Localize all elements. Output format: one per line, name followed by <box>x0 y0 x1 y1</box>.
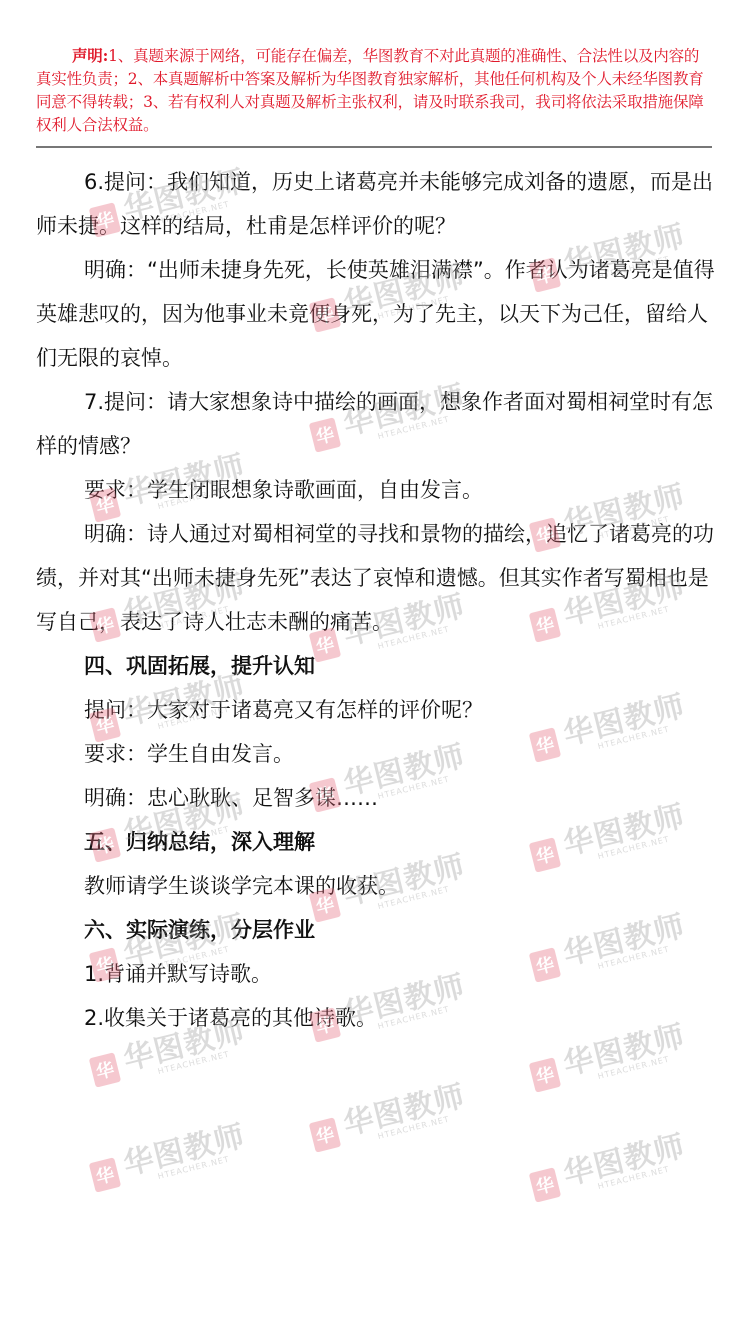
answer-4: 明确：忠心耿耿、足智多谋…… <box>36 776 716 820</box>
section-heading-5: 五、归纳总结，深入理解 <box>36 820 716 864</box>
watermark: 华华图教师HTEACHER.NET <box>88 1121 250 1196</box>
answer-7: 明确：诗人通过对蜀相祠堂的寻找和景物的描绘，追忆了诸葛亮的功绩，并对其“出师未捷… <box>36 512 716 644</box>
watermark-logo-icon: 华 <box>529 1167 561 1202</box>
question-4: 提问：大家对于诸葛亮又有怎样的评价呢？ <box>36 688 716 732</box>
question-6: 6.提问：我们知道，历史上诸葛亮并未能够完成刘备的遗愿，而是出师未捷。这样的结局… <box>36 160 716 248</box>
disclaimer-lead: 声明: <box>72 46 108 65</box>
section-heading-4: 四、巩固拓展，提升认知 <box>36 644 716 688</box>
summary-5: 教师请学生谈谈学完本课的收获。 <box>36 864 716 908</box>
homework-1: 1.背诵并默写诗歌。 <box>36 952 716 996</box>
question-7: 7.提问：请大家想象诗中描绘的画面，想象作者面对蜀相祠堂时有怎样的情感？ <box>36 380 716 468</box>
answer-6: 明确：“出师未捷身先死，长使英雄泪满襟”。作者认为诸葛亮是值得英雄悲叹的，因为他… <box>36 248 716 380</box>
homework-2: 2.收集关于诸葛亮的其他诗歌。 <box>36 996 716 1040</box>
lesson-content: 6.提问：我们知道，历史上诸葛亮并未能够完成刘备的遗愿，而是出师未捷。这样的结局… <box>36 160 716 1040</box>
watermark: 华华图教师HTEACHER.NET <box>528 1131 690 1206</box>
watermark: 华华图教师HTEACHER.NET <box>308 1081 470 1156</box>
document-page: 声明:1、真题来源于网络，可能存在偏差，华图教育不对此真题的准确性、合法性以及内… <box>0 0 748 1335</box>
header-divider <box>36 146 712 148</box>
requirement-7: 要求：学生闭眼想象诗歌画面，自由发言。 <box>36 468 716 512</box>
requirement-4: 要求：学生自由发言。 <box>36 732 716 776</box>
watermark-logo-icon: 华 <box>529 1057 561 1092</box>
disclaimer-text: 1、真题来源于网络，可能存在偏差，华图教育不对此真题的准确性、合法性以及内容的真… <box>36 47 704 134</box>
section-heading-6: 六、实际演练，分层作业 <box>36 908 716 952</box>
disclaimer: 声明:1、真题来源于网络，可能存在偏差，华图教育不对此真题的准确性、合法性以及内… <box>36 44 712 137</box>
watermark-logo-icon: 华 <box>309 1117 341 1152</box>
watermark-logo-icon: 华 <box>89 1157 121 1192</box>
watermark-logo-icon: 华 <box>89 1052 121 1087</box>
